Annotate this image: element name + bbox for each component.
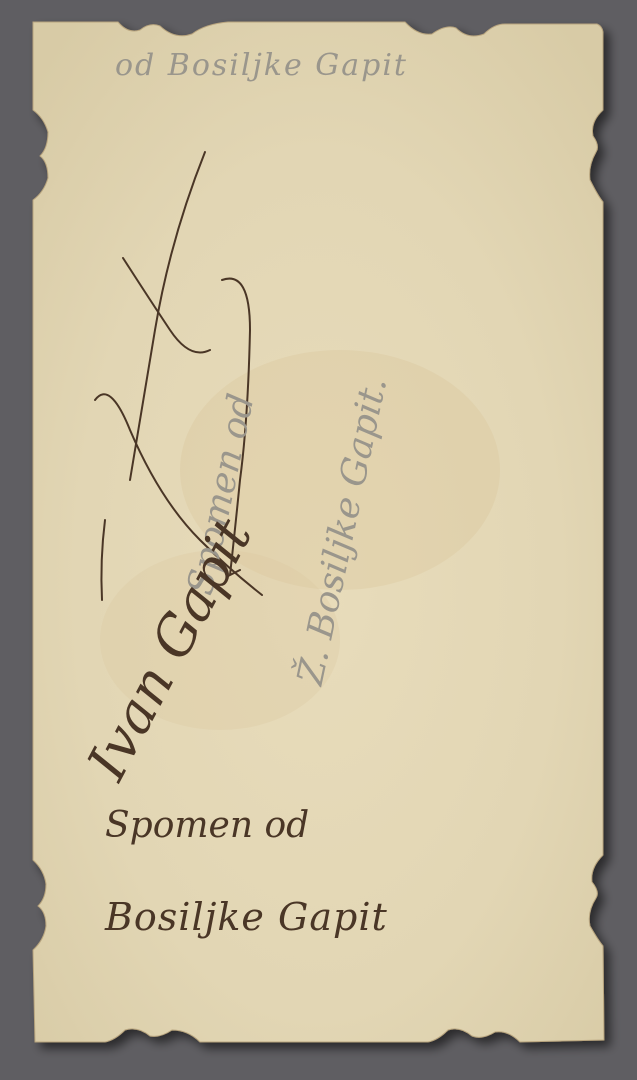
bottom-ink-inscription-line1: Spomen od bbox=[105, 805, 309, 846]
top-pencil-inscription: od Bosiljke Gapit bbox=[115, 48, 408, 83]
bottom-ink-inscription-line2: Bosiljke Gapit bbox=[105, 895, 388, 939]
